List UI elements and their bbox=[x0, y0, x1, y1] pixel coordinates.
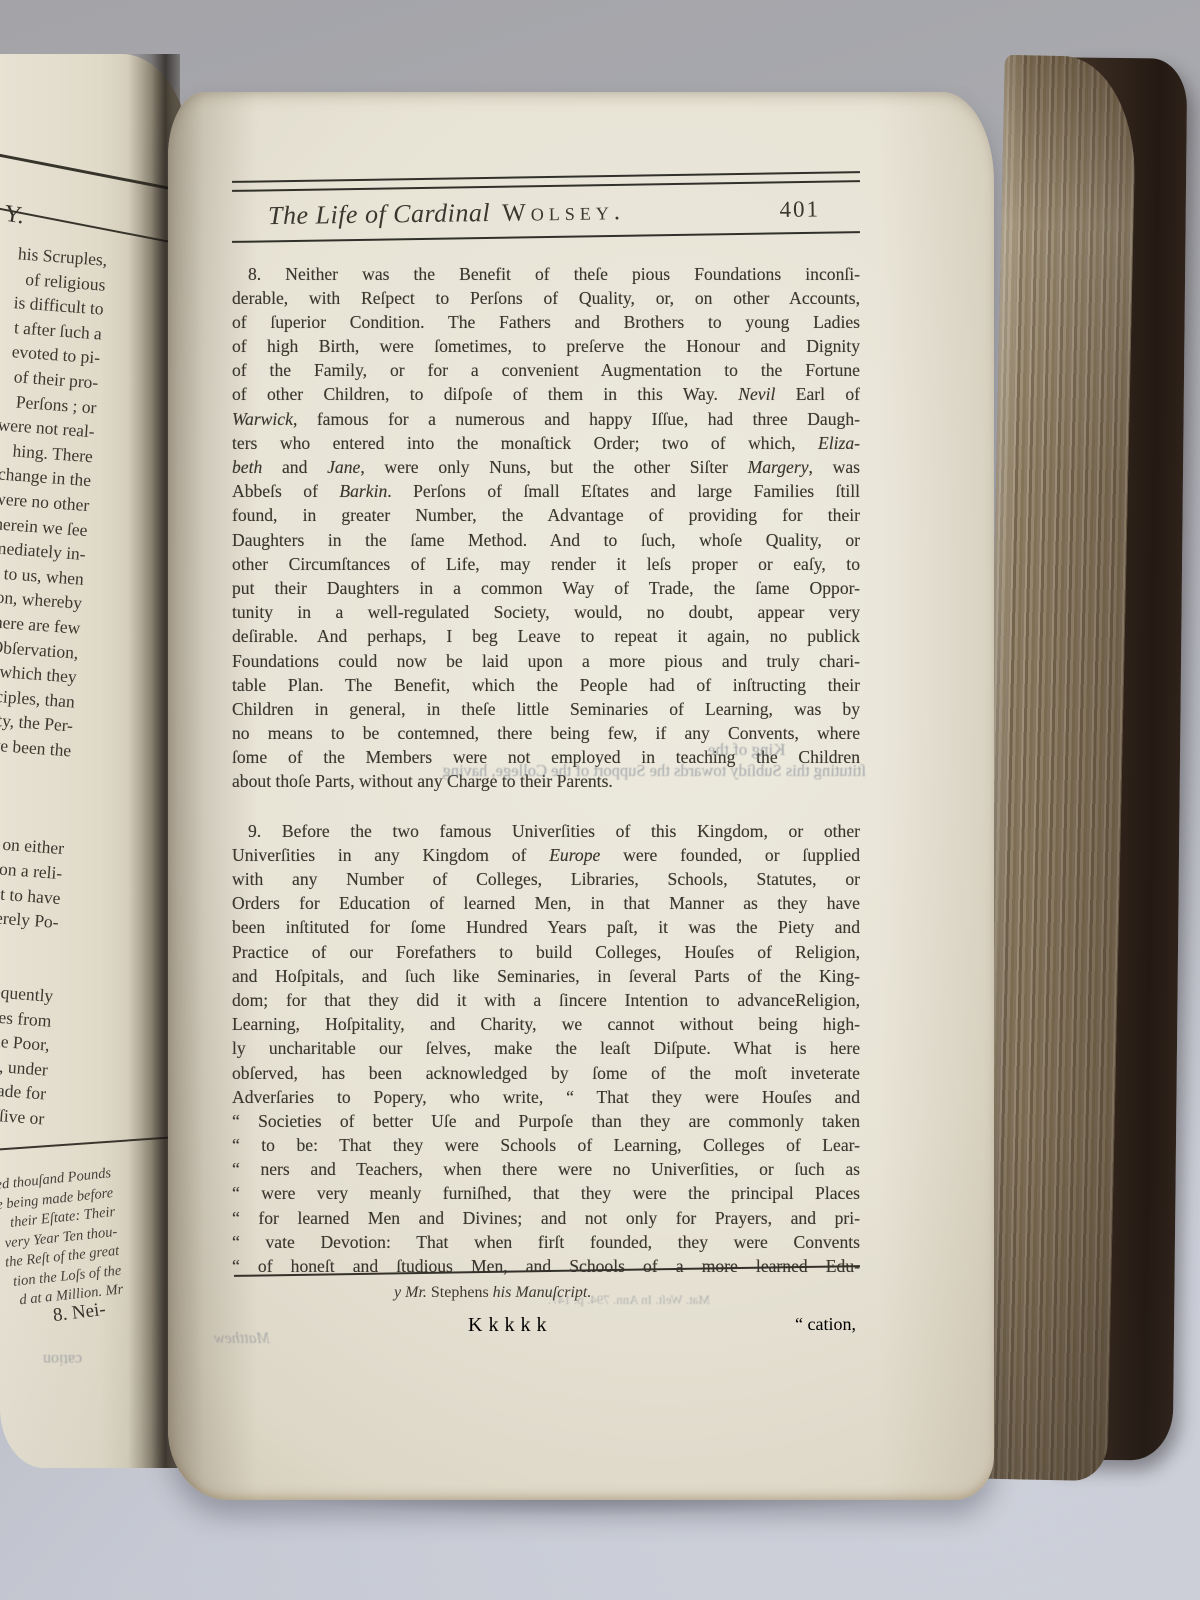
left-page-line: ought to have bbox=[0, 881, 61, 909]
body-line: beth and Jane, were only Nuns, but the o… bbox=[232, 455, 860, 479]
body-line: Adverſaries to Popery, who write, “ That… bbox=[232, 1085, 860, 1109]
body-line: obſerved, has been acknowledged by ſome … bbox=[232, 1061, 860, 1085]
body-line: Practice of our Forefathers to build Col… bbox=[232, 940, 860, 964]
body-line: and Hoſpitals, and ſuch like Seminaries,… bbox=[232, 964, 860, 988]
body-line: 8. Neither was the Benefit of theſe piou… bbox=[232, 262, 860, 286]
body-line: Learning, Hoſpitality, and Charity, we c… bbox=[232, 1012, 860, 1036]
body-line: Children in general, in theſe little Sem… bbox=[232, 697, 860, 721]
body-line: Daughters in the ſame Method. And to ſuc… bbox=[232, 528, 860, 552]
italic-text: Nevil bbox=[738, 384, 775, 404]
left-page-line: Obſervation, bbox=[0, 636, 79, 663]
body-line: “ vate Devotion: That when firſt founded… bbox=[232, 1230, 860, 1254]
left-page-line: have been the bbox=[0, 733, 72, 761]
paragraph: 9. Before the two famous Univerſities of… bbox=[232, 819, 860, 1279]
italic-text: Mr. bbox=[405, 1284, 427, 1301]
show-through-text: cation bbox=[43, 1350, 82, 1368]
body-line: Foundations could now be laid upon a mor… bbox=[232, 649, 860, 673]
body-line: of the Family, or for a convenient Augme… bbox=[232, 358, 860, 382]
left-page-line: s merely Po- bbox=[0, 906, 59, 933]
italic-text: Margery bbox=[748, 457, 809, 477]
body-line: other Circumſtances of Life, may render … bbox=[232, 552, 860, 576]
body-line: of high Birth, were ſometimes, to preſer… bbox=[232, 334, 860, 358]
left-page-line: is difficult to bbox=[13, 292, 104, 320]
left-page-line: o exceſſive or bbox=[0, 1102, 45, 1130]
left-page-line: hing. There bbox=[12, 440, 94, 467]
body-line: Abbeſs of Barkin. Perſons of ſmall Eſtat… bbox=[232, 479, 860, 503]
left-page-line: ful on a reli- bbox=[0, 857, 63, 884]
body-line: “ to be: That they were Schools of Learn… bbox=[232, 1133, 860, 1157]
page-number: 401 bbox=[779, 195, 860, 222]
italic-text: Barkin bbox=[339, 481, 387, 501]
catchword: “ cation, bbox=[795, 1314, 856, 1335]
left-page-line: were not real- bbox=[0, 414, 95, 442]
body-line: “ Societies of better Uſe and Purpoſe th… bbox=[232, 1109, 860, 1133]
italic-text: Europe bbox=[549, 845, 600, 865]
body-line: ters who entered into the monaſtick Orde… bbox=[232, 431, 860, 455]
italic-text: his Manuſcript. bbox=[493, 1284, 592, 1301]
italic-text: Jane bbox=[327, 457, 360, 477]
left-page-line: evoted to pi- bbox=[11, 342, 101, 369]
left-page-line: of religious bbox=[25, 269, 107, 296]
body-line: “ were very meanly furniſhed, that they … bbox=[232, 1181, 860, 1205]
body-line: ly uncharitable our ſelves, make the lea… bbox=[232, 1036, 860, 1060]
show-through-text: Matthew bbox=[214, 1330, 270, 1348]
paragraph: 8. Neither was the Benefit of theſe piou… bbox=[232, 262, 860, 794]
left-page-line: as frequently bbox=[0, 979, 54, 1007]
body-line: 9. Before the two famous Univerſities of… bbox=[232, 819, 860, 843]
left-page-line: Perſons ; or bbox=[15, 391, 97, 418]
body-line: found, in greater Number, the Advantage … bbox=[232, 503, 860, 527]
body-line: of ſuperior Condition. The Fathers and B… bbox=[232, 310, 860, 334]
body-line: tunity in a well-regulated Society, woul… bbox=[232, 600, 860, 624]
left-page-line: There are few bbox=[0, 611, 81, 639]
signature-mark: Kkkkk bbox=[468, 1314, 552, 1337]
left-page-line: Load, under bbox=[0, 1053, 49, 1080]
left-page-line: on, whereby bbox=[0, 587, 83, 614]
body-line: Warwick, famous for a numerous and happy… bbox=[232, 407, 860, 431]
running-header: The Life of Cardinal Wolsey. 401 bbox=[268, 192, 860, 230]
body-line: derable, with Reſpect to Perſons of Qual… bbox=[232, 286, 860, 310]
header-title-caps: Wolsey. bbox=[502, 198, 625, 228]
left-page-line: herein we ſee bbox=[0, 513, 88, 541]
footnote: y Mr. Stephens his Manuſcript. bbox=[394, 1284, 591, 1302]
italic-text: y bbox=[394, 1284, 405, 1301]
left-page-line: were no other bbox=[0, 488, 90, 516]
body-line: table Plan. The Benefit, which the Peopl… bbox=[232, 673, 860, 697]
left-page-line: nciples, than bbox=[0, 685, 76, 712]
body-line: with any Number of Colleges, Libraries, … bbox=[232, 867, 860, 891]
left-page-line: m which they bbox=[0, 660, 77, 688]
body-line: Orders for Education of learned Men, in … bbox=[232, 891, 860, 915]
photo-of-open-book: Y. his Scruples,of religiousis difficult… bbox=[0, 0, 1200, 1600]
page-content: The Life of Cardinal Wolsey. 401 8. Neit… bbox=[232, 176, 860, 1278]
left-page-line: mediately in- bbox=[0, 537, 86, 565]
italic-text: Eliza- bbox=[818, 433, 860, 453]
header-title-italic: The Life of Cardinal bbox=[268, 198, 491, 231]
left-page-line: nty, the Per- bbox=[0, 710, 74, 737]
body-line: of other Children, to diſpoſe of them in… bbox=[232, 382, 860, 406]
body-line: put their Daughters in a common Way of T… bbox=[232, 576, 860, 600]
body-line: “ ners and Teachers, when there were no … bbox=[232, 1157, 860, 1181]
right-page: The Life of Cardinal Wolsey. 401 8. Neit… bbox=[168, 92, 994, 1500]
left-page-line: t after ſuch a bbox=[13, 317, 102, 344]
body-line: “ for learned Men and Divines; and not o… bbox=[232, 1206, 860, 1230]
body-line: deſirable. And perhaps, I beg Leave to r… bbox=[232, 624, 860, 648]
show-through-text: King of the bbox=[708, 740, 785, 760]
left-page-line: Services from bbox=[0, 1003, 52, 1031]
italic-text: beth bbox=[232, 457, 262, 477]
body-line: Univerſities in any Kingdom of Europe we… bbox=[232, 843, 860, 867]
show-through-text: ſtituting this Subſidy towards the Suppo… bbox=[238, 761, 866, 781]
left-page-line: on, on either bbox=[0, 832, 65, 859]
left-page-line: of the Poor, bbox=[0, 1029, 50, 1056]
body-line: dom; for that they did it with a ſincere… bbox=[232, 988, 860, 1012]
left-header-fragment: Y. bbox=[2, 201, 26, 231]
left-page-line: of their pro- bbox=[13, 366, 99, 393]
left-page-line: ons made for bbox=[0, 1077, 47, 1105]
header-rule-bottom bbox=[232, 231, 860, 243]
italic-text: Warwick bbox=[232, 409, 293, 429]
left-page-line: to us, when bbox=[3, 563, 85, 590]
left-page-line: his Scruples, bbox=[17, 243, 108, 270]
left-page-line: change in the bbox=[0, 464, 92, 492]
header-rule-top2 bbox=[232, 180, 860, 192]
body-line: been inſtituted for ſome Hundred Years p… bbox=[232, 915, 860, 939]
